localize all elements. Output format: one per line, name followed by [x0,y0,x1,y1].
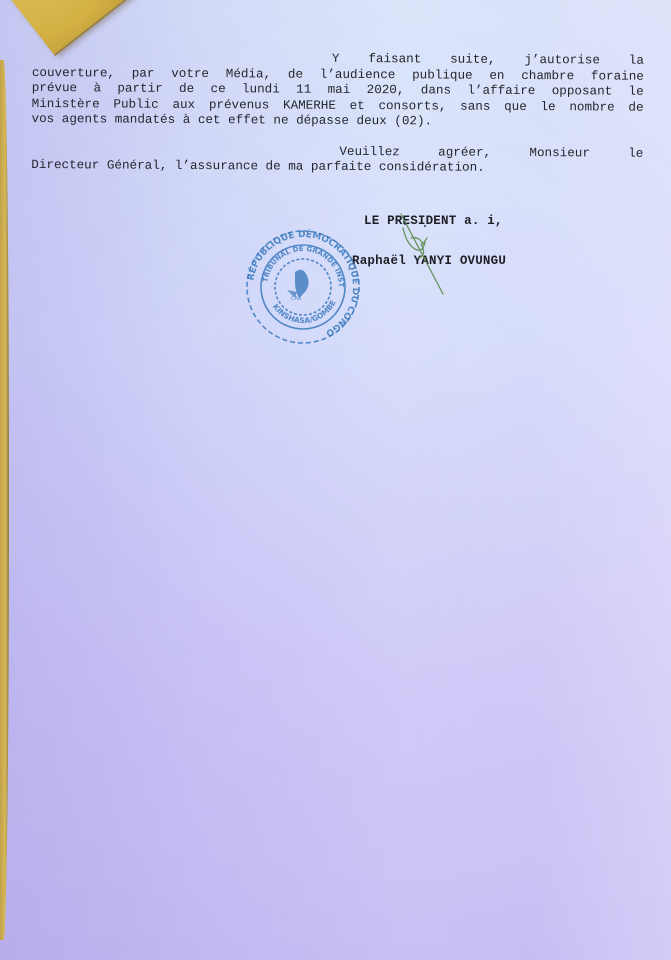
letter-body: Yfaisantsuite,j’autoriselacouverture,par… [31,50,644,177]
word: j’autorise [524,53,600,69]
word: Monsieur [529,146,590,162]
word: Média, [226,67,271,83]
word: 11 [296,83,311,99]
handwritten-signature-icon [395,210,455,300]
word: suite, [450,53,495,69]
word: Public [113,97,158,113]
word: en [489,68,504,84]
word: foraine [591,69,644,85]
word: l’affaire [467,84,535,100]
word: sans [460,99,490,115]
official-stamp-icon: RÉPUBLIQUE DÉMOCRATIQUE DU CONGO TRIBUNA… [243,228,363,346]
word: agréer, [438,145,491,161]
word: Directeur Général, l’assurance de ma par… [31,158,485,176]
word: le [629,85,644,101]
word: 2020, [367,83,405,99]
word: partir [117,82,162,98]
word: et [350,98,365,114]
word: publique [412,68,473,84]
word: le [628,146,643,162]
word: par [132,66,155,82]
paragraph-closing: Veuillezagréer,MonsieurleDirecteur Génér… [31,142,643,177]
word: de [628,100,643,116]
word: couverture, [32,65,115,81]
word: de [179,82,194,98]
word: opposant [552,84,613,100]
word: prévenus [209,98,270,114]
word: mai [328,83,351,99]
word: ce [210,82,225,98]
word: la [629,54,644,70]
word: lundi [242,82,280,98]
word: faisant [368,52,421,68]
word: Y [332,52,340,68]
word: nombre [569,100,614,116]
word: de [288,67,303,83]
word: aux [172,97,195,113]
svg-text:CAB: CAB [291,296,302,302]
word: que [504,99,527,115]
word: Veuillez [339,144,400,160]
word: l’audience [320,67,396,83]
word: KAMERHE [283,98,336,114]
word: consorts, [378,99,446,115]
word: à [93,81,101,97]
paragraph-authorization: Yfaisantsuite,j’autoriselacouverture,par… [32,50,644,131]
word: vos agents mandatés à cet effet ne dépas… [32,112,433,130]
word: prévue [32,81,77,97]
word: Ministère [32,96,100,112]
word: votre [171,66,209,82]
word: chambre [521,68,574,84]
word: dans [421,83,451,99]
word: le [540,100,555,116]
